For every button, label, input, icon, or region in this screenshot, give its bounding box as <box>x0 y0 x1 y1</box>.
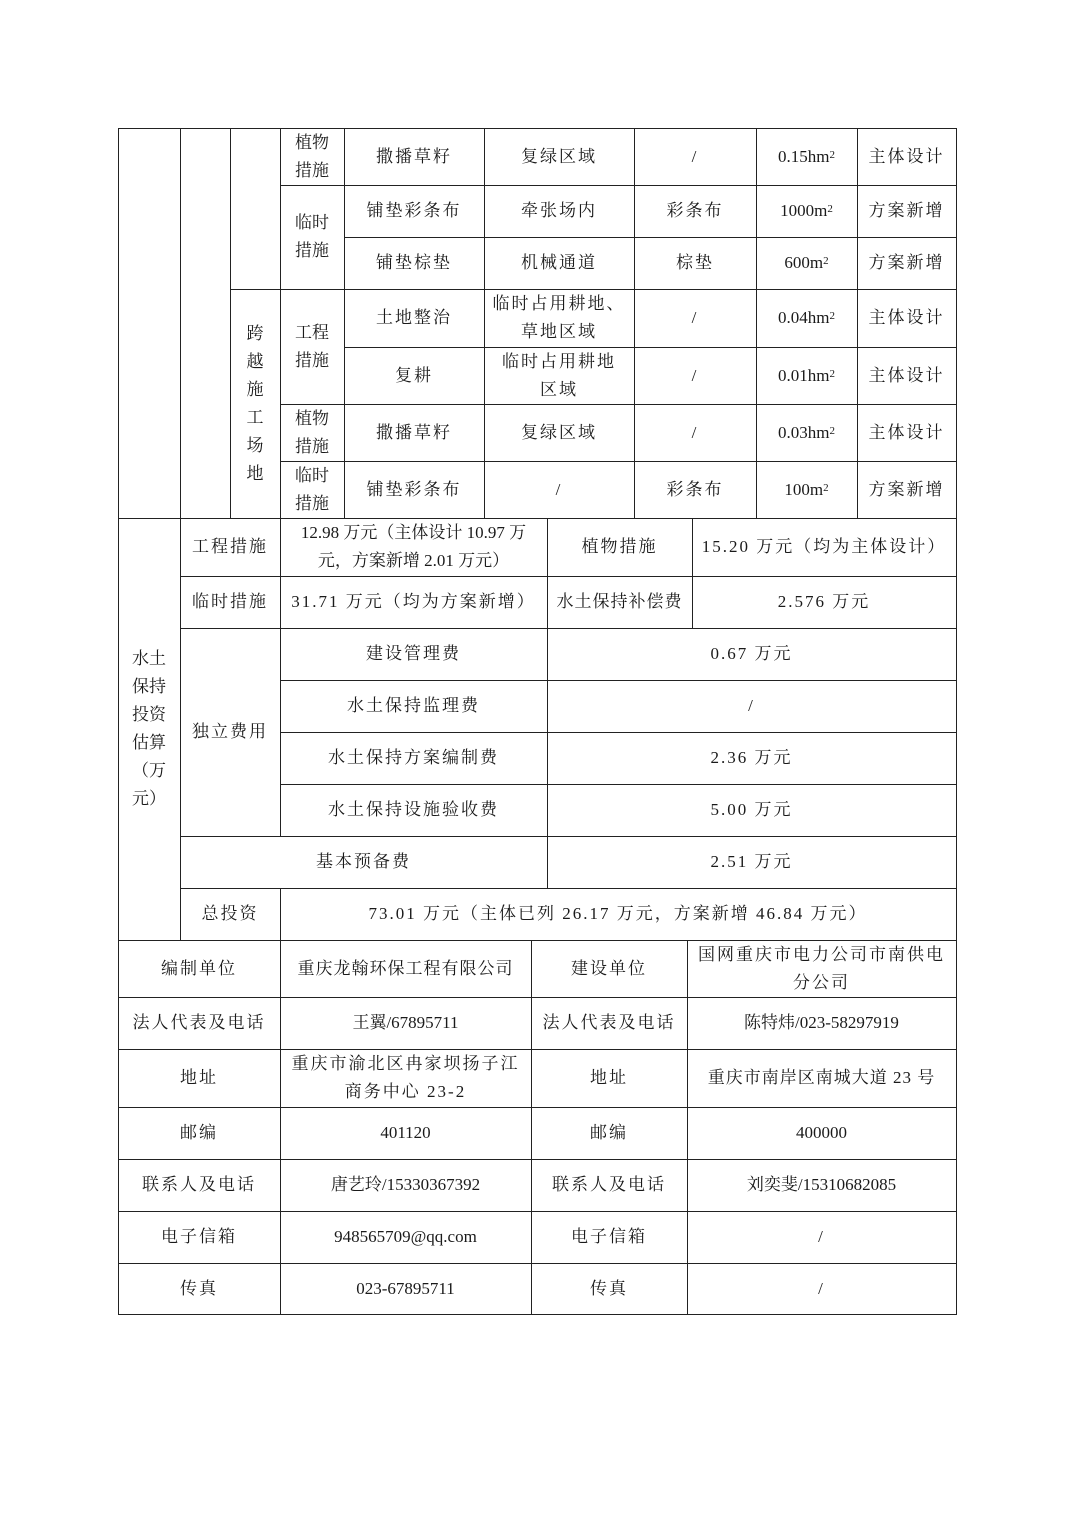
engineering-label: 工程措施 <box>180 518 280 576</box>
document-table: 植物措施 临时措施 工程措施 植物措施 临时措施 跨 越 施 工 场 地 撒播草… <box>0 0 1074 1520</box>
value-line: 12.98 万元（主体设计 10.97 万 <box>301 519 526 547</box>
grid-line <box>280 888 281 940</box>
type-label: 植物 <box>295 129 329 157</box>
type-cell-temp-1: 临时措施 <box>280 185 344 289</box>
grid-line <box>180 888 957 889</box>
grid-line <box>230 289 957 290</box>
investment-section-label: 水土 保持 投资 估算 （万 元） <box>118 518 180 940</box>
section-label-line: 估算 <box>132 729 166 757</box>
type-label: 措施 <box>295 490 329 518</box>
contact-label: 建设单位 <box>531 940 687 997</box>
contact-label: 法人代表及电话 <box>118 997 280 1049</box>
type-label: 措施 <box>295 433 329 461</box>
value-line: 元，方案新增 2.01 万元） <box>301 547 526 575</box>
measure-cell: 撒播草籽 <box>344 128 484 185</box>
contact-value: / <box>687 1263 956 1315</box>
section-label-line: （万 <box>132 757 166 785</box>
location-line: 临时占用耕地 <box>502 348 616 376</box>
engineering-value: 12.98 万元（主体设计 10.97 万元，方案新增 2.01 万元） <box>280 518 547 576</box>
quantity-value: 600m <box>784 249 823 277</box>
quantity-value: 0.01hm <box>778 362 829 390</box>
fax-value: 023-67895711 <box>280 1263 531 1315</box>
compensation-value: 2.576 万元 <box>692 576 956 628</box>
type-cell-temp-2: 临时措施 <box>280 461 344 518</box>
grid-line <box>344 347 957 348</box>
grid-line <box>118 1263 957 1264</box>
section-label-line: 水土 <box>132 645 166 673</box>
grid-line <box>634 128 635 518</box>
type-label: 工程 <box>295 319 329 347</box>
temporary-value: 31.71 万元（均为方案新增） <box>280 576 547 628</box>
location-line: 区域 <box>502 376 616 404</box>
grid-line <box>118 940 957 941</box>
material-cell: / <box>634 289 756 347</box>
measure-cell: 土地整治 <box>344 289 484 347</box>
measure-cell: 铺垫彩条布 <box>344 461 484 518</box>
contact-value: 王翼/67895711 <box>280 997 531 1049</box>
contact-value: 400000 <box>687 1107 956 1159</box>
grid-line <box>118 518 957 519</box>
quantity-cell: 0.01hm2 <box>756 347 857 404</box>
fee-item-value: 5.00 万元 <box>547 784 956 836</box>
fee-item-label: 建设管理费 <box>280 628 547 680</box>
contact-value: 刘奕斐/15310682085 <box>687 1159 956 1211</box>
contact-label: 邮编 <box>531 1107 687 1159</box>
location-cell: 临时占用耕地、草地区域 <box>484 289 634 347</box>
email-value: 948565709@qq.com <box>280 1211 531 1263</box>
quantity-value: 1000m <box>780 197 827 225</box>
grid-line <box>230 128 231 518</box>
section-label-line: 元） <box>132 785 166 813</box>
grid-line <box>118 1107 957 1108</box>
location-cell: 机械通道 <box>484 237 634 289</box>
zone-char: 越 <box>247 348 264 376</box>
grid-line <box>180 576 957 577</box>
grid-line <box>180 128 181 940</box>
quantity-cell: 100m2 <box>756 461 857 518</box>
contact-label: 传真 <box>531 1263 687 1315</box>
quantity-value: 0.03hm <box>778 419 829 447</box>
zone-char: 场 <box>247 432 264 460</box>
quantity-cell: 0.03hm2 <box>756 404 857 461</box>
contact-label: 法人代表及电话 <box>531 997 687 1049</box>
contingency-value: 2.51 万元 <box>547 836 956 888</box>
type-label: 临时 <box>295 209 329 237</box>
location-cell: 复绿区域 <box>484 404 634 461</box>
material-cell: / <box>634 128 756 185</box>
contact-value: 国网重庆市电力公司市南供电分公司 <box>687 940 956 997</box>
grid-line <box>280 680 957 681</box>
zone-char: 跨 <box>247 320 264 348</box>
grid-line <box>280 128 281 518</box>
contact-label: 地址 <box>118 1049 280 1107</box>
type-cell-plant-2: 植物措施 <box>280 404 344 461</box>
contact-label: 联系人及电话 <box>531 1159 687 1211</box>
quantity-value: 100m <box>784 476 823 504</box>
source-cell: 主体设计 <box>857 128 956 185</box>
value-line: 分公司 <box>698 969 945 997</box>
source-cell: 主体设计 <box>857 404 956 461</box>
value-line: 重庆市渝北区冉家坝扬子江 <box>292 1050 520 1078</box>
contact-value: 重庆市渝北区冉家坝扬子江商务中心 23-2 <box>280 1049 531 1107</box>
contingency-label: 基本预备费 <box>180 836 547 888</box>
grid-line <box>280 784 957 785</box>
contact-label: 电子信箱 <box>118 1211 280 1263</box>
table-border <box>956 128 957 1315</box>
source-cell: 主体设计 <box>857 289 956 347</box>
source-cell: 主体设计 <box>857 347 956 404</box>
grid-line <box>118 1159 957 1160</box>
grid-line <box>547 518 548 888</box>
location-line: 草地区域 <box>493 318 626 346</box>
grid-line <box>857 128 858 518</box>
independent-fee-label: 独立费用 <box>180 628 280 836</box>
material-cell: / <box>634 404 756 461</box>
measure-cell: 铺垫彩条布 <box>344 185 484 237</box>
contact-value: 重庆市南岸区南城大道 23 号 <box>687 1049 956 1107</box>
material-cell: 彩条布 <box>634 185 756 237</box>
contact-label: 编制单位 <box>118 940 280 997</box>
quantity-cell: 600m2 <box>756 237 857 289</box>
contact-value: 重庆龙翰环保工程有限公司 <box>280 940 531 997</box>
plant-value: 15.20 万元（均为主体设计） <box>692 518 956 576</box>
quantity-cell: 0.15hm2 <box>756 128 857 185</box>
table-border <box>118 128 957 129</box>
zone-char: 施 <box>247 376 264 404</box>
compensation-label: 水土保持补偿费 <box>547 576 692 628</box>
section-label-line: 投资 <box>132 701 166 729</box>
grid-line <box>344 128 345 518</box>
quantity-cell: 0.04hm2 <box>756 289 857 347</box>
material-cell: / <box>634 347 756 404</box>
type-cell-eng-2: 工程措施 <box>280 289 344 404</box>
value-line: 国网重庆市电力公司市南供电 <box>698 941 945 969</box>
grid-line <box>280 518 281 836</box>
total-investment-value: 73.01 万元（主体已列 26.17 万元，方案新增 46.84 万元） <box>280 888 956 940</box>
source-cell: 方案新增 <box>857 185 956 237</box>
contact-label: 传真 <box>118 1263 280 1315</box>
section-label-line: 保持 <box>132 673 166 701</box>
grid-line <box>180 836 957 837</box>
measure-cell: 铺垫棕垫 <box>344 237 484 289</box>
grid-line <box>280 404 957 405</box>
type-label: 植物 <box>295 405 329 433</box>
grid-line <box>280 185 957 186</box>
contact-label: 电子信箱 <box>531 1211 687 1263</box>
grid-line <box>756 128 757 518</box>
grid-line <box>280 461 957 462</box>
table-border <box>118 128 119 1315</box>
source-cell: 方案新增 <box>857 237 956 289</box>
material-cell: 棕垫 <box>634 237 756 289</box>
location-cell: 临时占用耕地区域 <box>484 347 634 404</box>
grid-line <box>484 128 485 518</box>
contact-value: 陈特炜/023-58297919 <box>687 997 956 1049</box>
type-label: 措施 <box>295 347 329 375</box>
type-cell-plant-1: 植物措施 <box>280 128 344 185</box>
grid-line <box>180 628 957 629</box>
zone-char: 工 <box>247 404 264 432</box>
fee-item-label: 水土保持设施验收费 <box>280 784 547 836</box>
contact-value: 401120 <box>280 1107 531 1159</box>
grid-line <box>118 997 957 998</box>
quantity-value: 0.04hm <box>778 304 829 332</box>
contact-value: 唐艺玲/15330367392 <box>280 1159 531 1211</box>
type-label: 措施 <box>295 157 329 185</box>
material-cell: 彩条布 <box>634 461 756 518</box>
location-cell: / <box>484 461 634 518</box>
type-label: 措施 <box>295 237 329 265</box>
contact-label: 联系人及电话 <box>118 1159 280 1211</box>
temporary-label: 临时措施 <box>180 576 280 628</box>
grid-line <box>118 1211 957 1212</box>
source-cell: 方案新增 <box>857 461 956 518</box>
measure-cell: 撒播草籽 <box>344 404 484 461</box>
grid-line <box>344 237 957 238</box>
contact-label: 邮编 <box>118 1107 280 1159</box>
type-label: 临时 <box>295 462 329 490</box>
quantity-value: 0.15hm <box>778 143 829 171</box>
fee-item-value: / <box>547 680 956 732</box>
measure-cell: 复耕 <box>344 347 484 404</box>
contact-label: 地址 <box>531 1049 687 1107</box>
grid-line <box>692 518 693 628</box>
plant-label: 植物措施 <box>547 518 692 576</box>
fee-item-label: 水土保持监理费 <box>280 680 547 732</box>
value-line: 商务中心 23-2 <box>292 1078 520 1106</box>
fee-item-value: 0.67 万元 <box>547 628 956 680</box>
location-cell: 牵张场内 <box>484 185 634 237</box>
table-border <box>118 1314 957 1315</box>
fee-item-label: 水土保持方案编制费 <box>280 732 547 784</box>
zone-label-crossing-site: 跨 越 施 工 场 地 <box>230 289 280 518</box>
grid-line <box>280 732 957 733</box>
grid-line <box>118 1049 957 1050</box>
location-cell: 复绿区域 <box>484 128 634 185</box>
total-investment-label: 总投资 <box>180 888 280 940</box>
contact-value: / <box>687 1211 956 1263</box>
fee-item-value: 2.36 万元 <box>547 732 956 784</box>
quantity-cell: 1000m2 <box>756 185 857 237</box>
location-line: 临时占用耕地、 <box>493 290 626 318</box>
zone-char: 地 <box>247 460 264 488</box>
